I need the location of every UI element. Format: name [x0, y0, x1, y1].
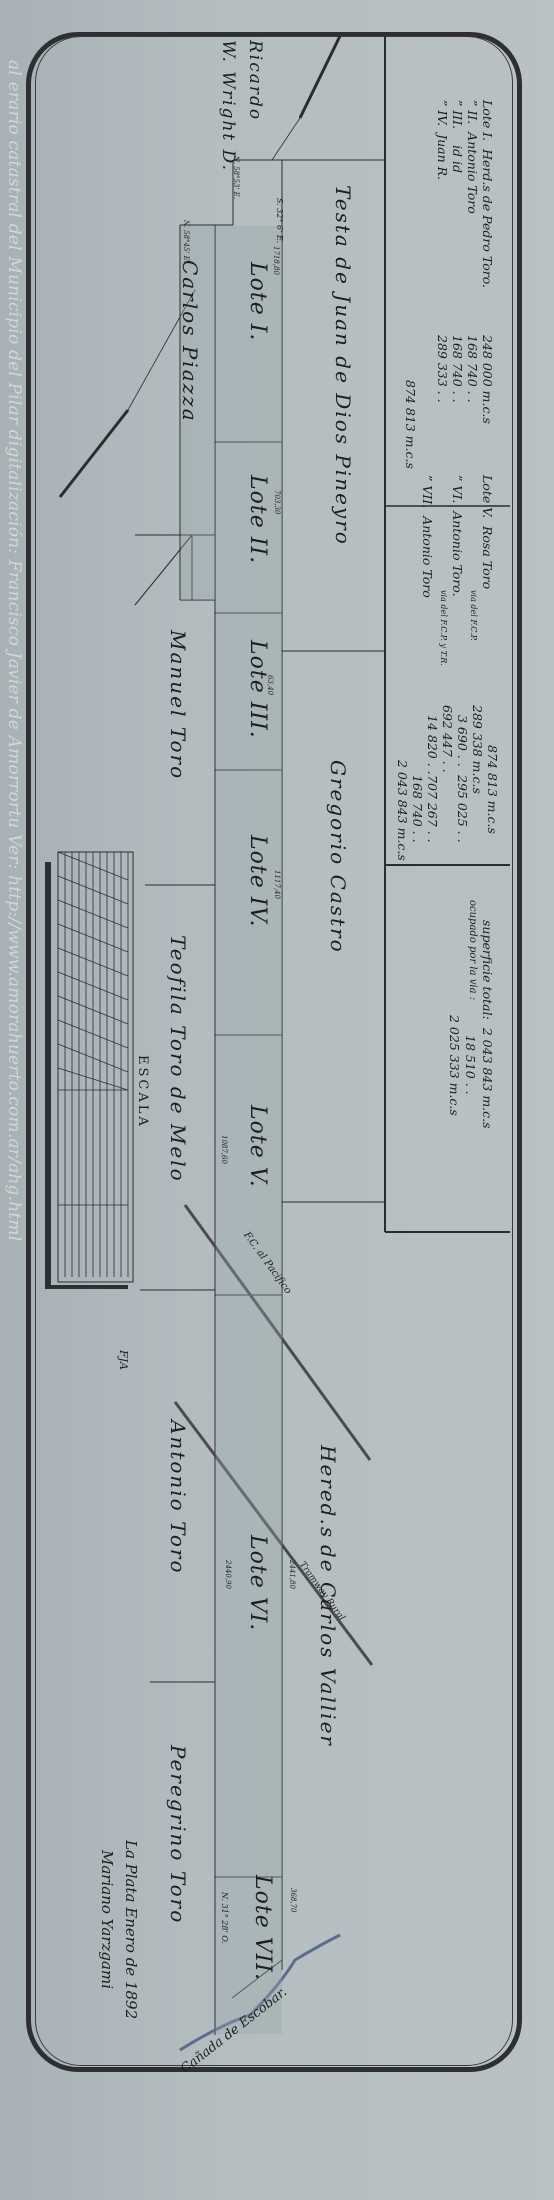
owner-carlos-piazza: Carlos Piazza	[178, 260, 202, 423]
bearing-label: S. 32° 6' E.	[275, 198, 284, 243]
summary-total-label: superficie total:	[480, 920, 495, 1020]
legend-area: 692 447 . .	[440, 705, 455, 773]
legend-lot: Lote V.	[480, 475, 495, 518]
legend-row-7: ” VII. Antonio Toro	[420, 475, 435, 598]
legend-note: via del F.C.P. y T.R.	[439, 590, 448, 666]
legend-owner: Antonio Toro	[465, 132, 480, 214]
legend-lot: Lote I.	[480, 100, 495, 141]
lot-label-iv: Lote IV.	[245, 835, 270, 927]
legend-row-6: ” VI. Antonio Toro.	[450, 475, 465, 597]
legend-row-3: ” III. id id	[450, 100, 465, 173]
legend-carry: 874 813 m.c.s	[485, 745, 500, 834]
legend-total: 2 043 843 m.c.s	[395, 760, 410, 861]
summary-total: superficie total: 2 043 843 m.c.s	[480, 920, 495, 1129]
summary-total-value: 2 043 843 m.c.s	[480, 1028, 495, 1129]
legend-net: 707 267 . .	[425, 775, 440, 843]
legend-lot: ” III.	[450, 100, 465, 129]
distance-label: 63,40	[266, 675, 274, 695]
legend-row-4: ” IV. Juan R.	[435, 100, 450, 180]
scale-bar	[45, 852, 133, 1287]
legend-note: via del F.C.P.	[469, 590, 478, 641]
owner-testa-pineyro: Testa de Juan de Dios Pineyro	[331, 185, 355, 546]
bearing-label: N. 58°45' E.	[182, 220, 190, 263]
summary-net-value: 2 025 333 m.c.s	[447, 1015, 462, 1116]
lot-label-vi: Lote VI.	[245, 1535, 270, 1631]
owner-carlos-vallier: de Carlos Vallier	[316, 1545, 340, 1747]
distance-label: 2441,80	[288, 1560, 296, 1589]
legend-owner: Rosa Toro	[480, 526, 495, 589]
summary-via-label: ocupado por la via :	[467, 900, 478, 1000]
legend-area: 168 740 . .	[465, 335, 480, 403]
legend-row-1: Lote I. Herd.s de Pedro Toro.	[480, 100, 495, 288]
legend-subtotal: 874 813 m.c.s	[403, 380, 418, 469]
owner-wright: W. Wright D.	[218, 40, 238, 172]
legend-deduction: 14 820 . .	[425, 715, 440, 775]
legend-area: 289 338 m.c.s	[470, 705, 485, 794]
owner-antonio-toro: Antonio Toro	[166, 1420, 190, 1575]
lot-label-v: Lote V.	[245, 1105, 270, 1188]
legend-row-5: Lote V. Rosa Toro	[480, 475, 495, 589]
legend-area: 248 000 m.c.s	[480, 335, 495, 424]
legend-owner: id id	[450, 145, 465, 173]
bearing-label: N. 58°53' E.	[232, 156, 240, 199]
distance-label: 2440,90	[224, 1560, 232, 1589]
legend-deduction: 3 690 . .	[455, 715, 470, 767]
lot-label-ii: Lote II.	[245, 475, 270, 564]
distance-label: 1117,40	[273, 870, 281, 899]
legend-owner: Antonio Toro.	[450, 511, 465, 596]
distance-label: 368,70	[289, 1888, 297, 1913]
legend-net: 295 025 . .	[455, 775, 470, 843]
legend-lot: ” II.	[465, 100, 480, 124]
legend-owner: Antonio Toro	[420, 516, 435, 598]
owner-ricardo: Ricardo	[245, 40, 265, 121]
owner-gregorio-castro: Gregorio Castro	[326, 760, 350, 954]
distance-label: 703,30	[273, 490, 281, 515]
legend-area: 289 333 . .	[435, 335, 450, 403]
signature-name: Mariano Yarzgami	[98, 1850, 116, 1989]
legend-lot: ” VII.	[420, 475, 435, 508]
owner-peregrino-toro: Peregrino Toro	[166, 1745, 190, 1924]
owner-manuel-toro: Manuel Toro	[166, 630, 190, 780]
map-sheet: al erario catastral del Municipio del Pi…	[0, 0, 554, 2200]
summary-via-value: 18 510 . .	[463, 1035, 478, 1095]
distance-label: 1718,80	[272, 246, 280, 275]
lot-label-vii: Lote VII.	[250, 1875, 275, 1981]
signature-place-date: La Plata Enero de 1892	[122, 1840, 140, 2019]
legend-net: 168 740 . .	[410, 775, 425, 843]
legend-owner: Herd.s de Pedro Toro.	[480, 149, 495, 288]
distance-label: 1087,60	[220, 1135, 228, 1164]
lot-label-i: Lote I.	[245, 262, 270, 341]
legend-row-2: ” II. Antonio Toro	[465, 100, 480, 214]
legend-lot: ” VI.	[450, 475, 465, 503]
legend-lot: ” IV.	[435, 100, 450, 126]
owner-heredos: Hered.s	[316, 1445, 340, 1539]
legend-area: 168 740 . .	[450, 335, 465, 403]
legend-owner: Juan R.	[435, 134, 450, 180]
scale-title: ESCALA	[135, 1055, 150, 1129]
owner-teofila-toro-de-melo: Teofila Toro de Melo	[166, 935, 190, 1183]
bearing-label: N. 31° 28' O.	[220, 1892, 229, 1944]
cartographer-initials: FJA	[117, 1350, 130, 1370]
